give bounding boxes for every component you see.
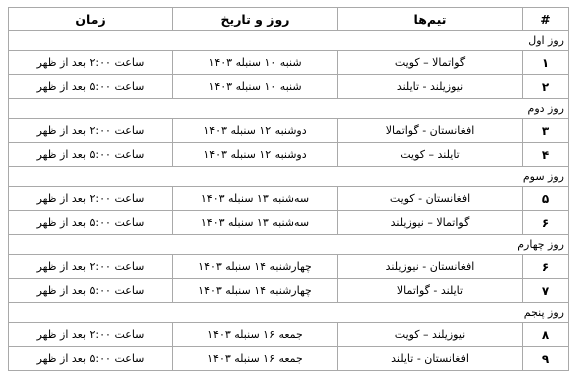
match-time: ساعت ۲:۰۰ بعد از ظهر [9,51,173,75]
section-day-3: روز سوم [9,167,569,187]
match-date: دوشنبه ۱۲ سنبله ۱۴۰۳ [173,119,338,143]
match-date: سه‌شنبه ۱۳ سنبله ۱۴۰۳ [173,211,338,235]
header-row: # تیم‌ها روز و تاریخ زمان [9,8,569,31]
match-row-5: ۵ افغانستان - کویت سه‌شنبه ۱۳ سنبله ۱۴۰۳… [9,187,569,211]
match-number: ۶ [523,255,569,279]
match-number: ۵ [523,187,569,211]
match-number: ۲ [523,75,569,99]
section-day-5: روز پنجم [9,303,569,323]
match-number: ۴ [523,143,569,167]
match-teams: افغانستان - کویت [338,187,523,211]
match-row-2: ۲ نیوزیلند - تایلند شنبه ۱۰ سنبله ۱۴۰۳ س… [9,75,569,99]
match-row-4: ۴ تایلند – کویت دوشنبه ۱۲ سنبله ۱۴۰۳ ساع… [9,143,569,167]
col-header-time: زمان [9,8,173,31]
match-teams: گواتمالا – نیوزیلند [338,211,523,235]
section-title: روز اول [9,31,569,51]
match-time: ساعت ۲:۰۰ بعد از ظهر [9,187,173,211]
match-teams: افغانستان - نیوزیلند [338,255,523,279]
match-teams: افغانستان - گواتمالا [338,119,523,143]
match-date: چهارشنبه ۱۴ سنبله ۱۴۰۳ [173,255,338,279]
match-time: ساعت ۵:۰۰ بعد از ظهر [9,347,173,371]
match-number: ۶ [523,211,569,235]
match-time: ساعت ۲:۰۰ بعد از ظهر [9,119,173,143]
match-row-9: ۸ نیوزیلند – کویت جمعه ۱۶ سنبله ۱۴۰۳ ساع… [9,323,569,347]
match-time: ساعت ۵:۰۰ بعد از ظهر [9,75,173,99]
col-header-date: روز و تاریخ [173,8,338,31]
section-title: روز سوم [9,167,569,187]
page: # تیم‌ها روز و تاریخ زمان روز اول ۱ گوات… [0,0,576,371]
match-row-10: ۹ افغانستان - تایلند جمعه ۱۶ سنبله ۱۴۰۳ … [9,347,569,371]
match-date: شنبه ۱۰ سنبله ۱۴۰۳ [173,75,338,99]
schedule-table: # تیم‌ها روز و تاریخ زمان روز اول ۱ گوات… [8,7,569,371]
col-header-number: # [523,8,569,31]
match-time: ساعت ۵:۰۰ بعد از ظهر [9,279,173,303]
match-teams: تایلند - گواتمالا [338,279,523,303]
section-day-1: روز اول [9,31,569,51]
match-number: ۱ [523,51,569,75]
match-teams: نیوزیلند – کویت [338,323,523,347]
match-date: جمعه ۱۶ سنبله ۱۴۰۳ [173,323,338,347]
match-row-8: ۷ تایلند - گواتمالا چهارشنبه ۱۴ سنبله ۱۴… [9,279,569,303]
match-time: ساعت ۲:۰۰ بعد از ظهر [9,323,173,347]
match-date: سه‌شنبه ۱۳ سنبله ۱۴۰۳ [173,187,338,211]
match-number: ۷ [523,279,569,303]
col-header-teams: تیم‌ها [338,8,523,31]
match-teams: نیوزیلند - تایلند [338,75,523,99]
match-teams: گواتمالا – کویت [338,51,523,75]
section-title: روز چهارم [9,235,569,255]
match-date: شنبه ۱۰ سنبله ۱۴۰۳ [173,51,338,75]
section-title: روز دوم [9,99,569,119]
match-time: ساعت ۵:۰۰ بعد از ظهر [9,143,173,167]
match-number: ۳ [523,119,569,143]
match-date: جمعه ۱۶ سنبله ۱۴۰۳ [173,347,338,371]
match-row-7: ۶ افغانستان - نیوزیلند چهارشنبه ۱۴ سنبله… [9,255,569,279]
match-row-1: ۱ گواتمالا – کویت شنبه ۱۰ سنبله ۱۴۰۳ ساع… [9,51,569,75]
section-day-2: روز دوم [9,99,569,119]
match-teams: تایلند – کویت [338,143,523,167]
section-day-4: روز چهارم [9,235,569,255]
match-time: ساعت ۵:۰۰ بعد از ظهر [9,211,173,235]
match-date: چهارشنبه ۱۴ سنبله ۱۴۰۳ [173,279,338,303]
match-teams: افغانستان - تایلند [338,347,523,371]
match-row-3: ۳ افغانستان - گواتمالا دوشنبه ۱۲ سنبله ۱… [9,119,569,143]
match-number: ۹ [523,347,569,371]
match-number: ۸ [523,323,569,347]
section-title: روز پنجم [9,303,569,323]
match-time: ساعت ۲:۰۰ بعد از ظهر [9,255,173,279]
match-row-6: ۶ گواتمالا – نیوزیلند سه‌شنبه ۱۳ سنبله ۱… [9,211,569,235]
match-date: دوشنبه ۱۲ سنبله ۱۴۰۳ [173,143,338,167]
